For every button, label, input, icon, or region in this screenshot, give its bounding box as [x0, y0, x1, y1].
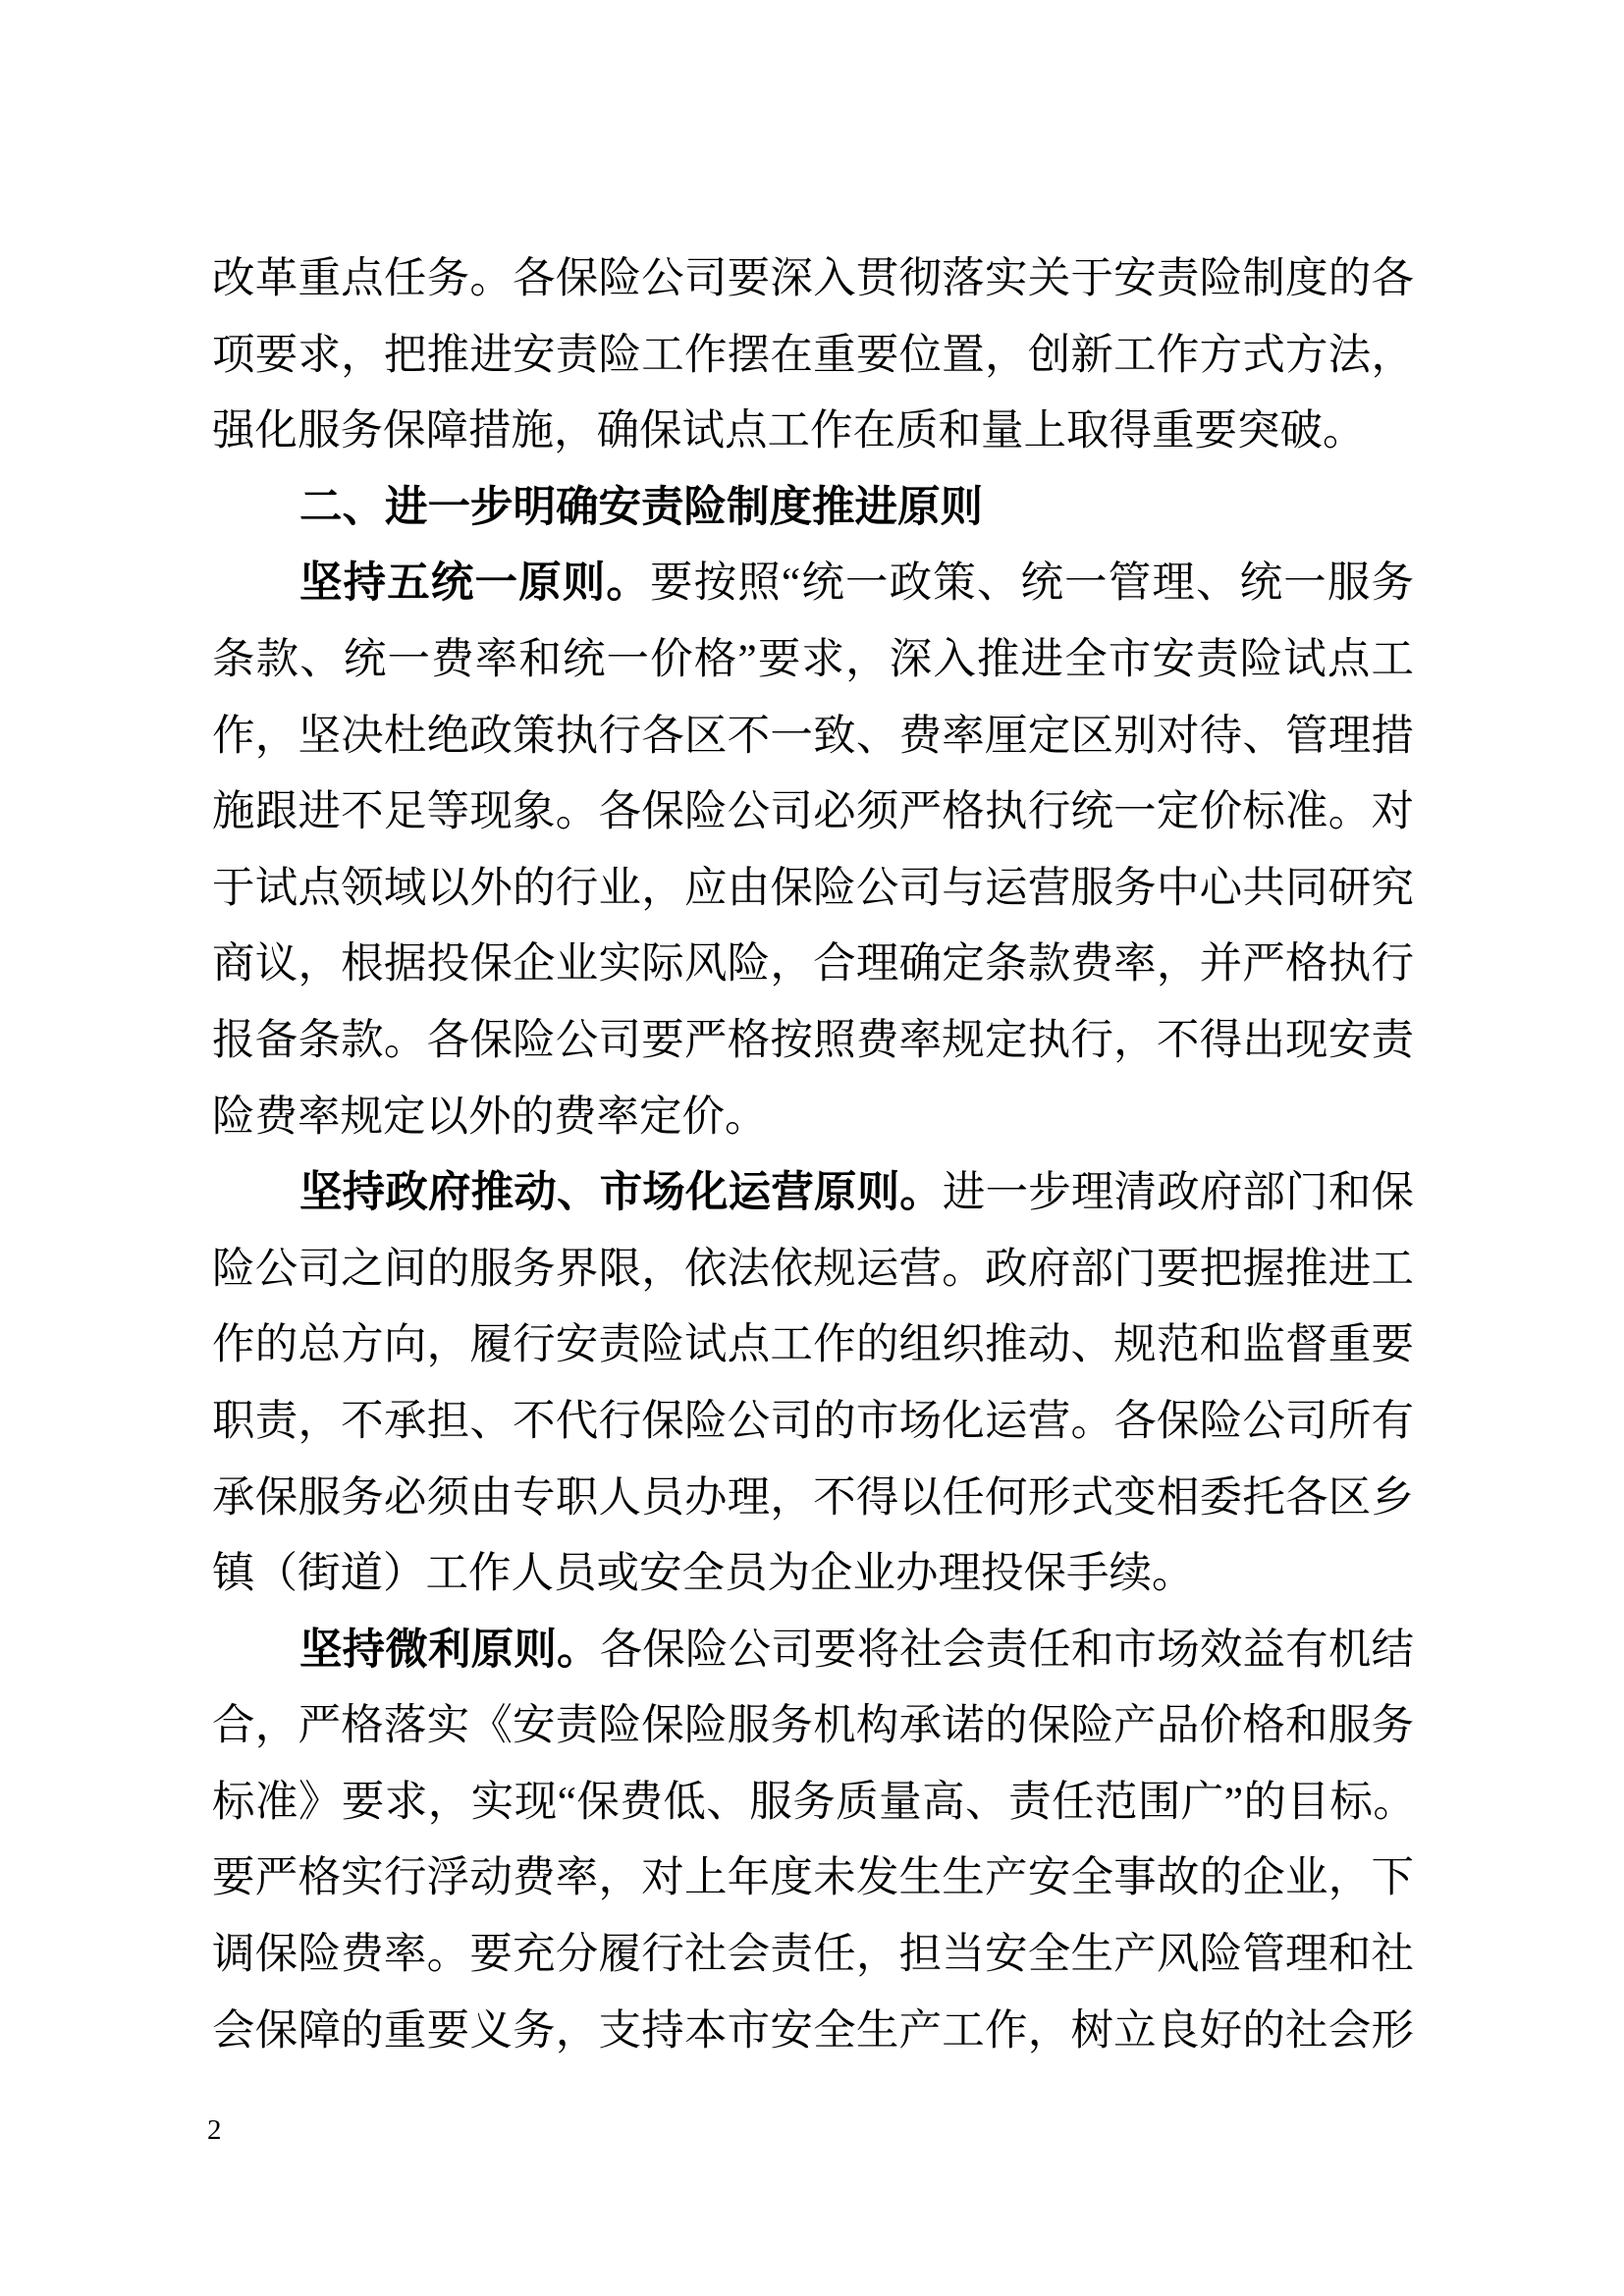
text-line: 合，严格落实《安责险保险服务机构承诺的保险产品价格和服务: [212, 1688, 1414, 1765]
document-body: 改革重点任务。各保险公司要深入贯彻落实关于安责险制度的各 项要求，把推进安责险工…: [212, 241, 1414, 2069]
text-line: 施跟进不足等现象。各保险公司必须严格执行统一定价标准。对: [212, 774, 1414, 851]
text-line: 会保障的重要义务，支持本市安全生产工作，树立良好的社会形: [212, 1994, 1414, 2070]
text-line: 商议，根据投保企业实际风险，合理确定条款费率，并严格执行: [212, 927, 1414, 1003]
line-text: 报备条款。各保险公司要严格按照费率规定执行，不得出现安责: [212, 1017, 1414, 1064]
text-line: 作，坚决杜绝政策执行各区不一致、费率厘定区别对待、管理措: [212, 699, 1414, 775]
line-text: 作的总方向，履行安责险试点工作的组织推动、规范和监督重要: [212, 1321, 1414, 1368]
text-line: 条款、统一费率和统一价格”要求，深入推进全市安责险试点工: [212, 622, 1414, 699]
text-line: 坚持五统一原则。要按照“统一政策、统一管理、统一服务: [212, 546, 1414, 622]
line-text: 强化服务保障措施，确保试点工作在质和量上取得重要突破。: [212, 407, 1366, 454]
line-text: 镇（街道）工作人员或安全员为企业办理投保手续。: [212, 1550, 1195, 1597]
line-text: 改革重点任务。各保险公司要深入贯彻落实关于安责险制度的各: [212, 255, 1414, 302]
bold-lead: 坚持政府推动、市场化运营原则。: [299, 1169, 943, 1216]
text-line: 强化服务保障措施，确保试点工作在质和量上取得重要突破。: [212, 394, 1414, 470]
line-text: 作，坚决杜绝政策执行各区不一致、费率厘定区别对待、管理措: [212, 713, 1414, 760]
line-text: 要严格实行浮动费率，对上年度未发生生产安全事故的企业，下: [212, 1854, 1414, 1901]
page-number: 2: [207, 2116, 222, 2145]
line-text: 调保险费率。要充分履行社会责任，担当安全生产风险管理和社: [212, 1931, 1414, 1978]
line-text: 进一步理清政府部门和保: [943, 1169, 1414, 1216]
line-text: 承保服务必须由专职人员办理，不得以任何形式变相委托各区乡: [212, 1474, 1414, 1522]
document-page: 改革重点任务。各保险公司要深入贯彻落实关于安责险制度的各 项要求，把推进安责险工…: [0, 0, 1624, 2296]
text-line: 险费率规定以外的费率定价。: [212, 1080, 1414, 1156]
text-line: 坚持微利原则。各保险公司要将社会责任和市场效益有机结: [212, 1613, 1414, 1689]
text-line: 标准》要求，实现“保费低、服务质量高、责任范围广”的目标。: [212, 1765, 1414, 1842]
heading-text: 二、进一步明确安责险制度推进原则: [299, 484, 983, 531]
bold-lead: 坚持五统一原则。: [299, 560, 650, 607]
section-heading: 二、进一步明确安责险制度推进原则: [212, 470, 1414, 547]
line-text: 施跟进不足等现象。各保险公司必须严格执行统一定价标准。对: [212, 788, 1414, 835]
text-line: 改革重点任务。各保险公司要深入贯彻落实关于安责险制度的各: [212, 241, 1414, 318]
line-text: 会保障的重要义务，支持本市安全生产工作，树立良好的社会形: [212, 2007, 1414, 2055]
text-line: 项要求，把推进安责险工作摆在重要位置，创新工作方式方法，: [212, 318, 1414, 395]
line-text: 险费率规定以外的费率定价。: [212, 1094, 768, 1141]
line-text: 项要求，把推进安责险工作摆在重要位置，创新工作方式方法，: [212, 332, 1414, 379]
line-text: 标准》要求，实现“保费低、服务质量高、责任范围广”的目标。: [212, 1779, 1414, 1826]
bold-lead: 坚持微利原则。: [299, 1627, 600, 1674]
line-text: 条款、统一费率和统一价格”要求，深入推进全市安责险试点工: [212, 636, 1414, 683]
text-line: 于试点领域以外的行业，应由保险公司与运营服务中心共同研究: [212, 851, 1414, 928]
line-text: 商议，根据投保企业实际风险，合理确定条款费率，并严格执行: [212, 940, 1414, 988]
line-text: 于试点领域以外的行业，应由保险公司与运营服务中心共同研究: [212, 865, 1414, 912]
line-text: 职责，不承担、不代行保险公司的市场化运营。各保险公司所有: [212, 1398, 1414, 1445]
text-line: 要严格实行浮动费率，对上年度未发生生产安全事故的企业，下: [212, 1841, 1414, 1917]
text-line: 险公司之间的服务界限，依法依规运营。政府部门要把握推进工: [212, 1232, 1414, 1308]
text-line: 调保险费率。要充分履行社会责任，担当安全生产风险管理和社: [212, 1917, 1414, 1994]
line-text: 要按照“统一政策、统一管理、统一服务: [650, 560, 1414, 607]
text-line: 报备条款。各保险公司要严格按照费率规定执行，不得出现安责: [212, 1003, 1414, 1080]
text-line: 职责，不承担、不代行保险公司的市场化运营。各保险公司所有: [212, 1384, 1414, 1461]
text-line: 坚持政府推动、市场化运营原则。进一步理清政府部门和保: [212, 1155, 1414, 1232]
line-text: 合，严格落实《安责险保险服务机构承诺的保险产品价格和服务: [212, 1702, 1414, 1749]
line-text: 险公司之间的服务界限，依法依规运营。政府部门要把握推进工: [212, 1246, 1414, 1293]
text-line: 作的总方向，履行安责险试点工作的组织推动、规范和监督重要: [212, 1308, 1414, 1384]
line-text: 各保险公司要将社会责任和市场效益有机结: [600, 1627, 1414, 1674]
text-line: 承保服务必须由专职人员办理，不得以任何形式变相委托各区乡: [212, 1461, 1414, 1537]
text-line: 镇（街道）工作人员或安全员为企业办理投保手续。: [212, 1536, 1414, 1613]
